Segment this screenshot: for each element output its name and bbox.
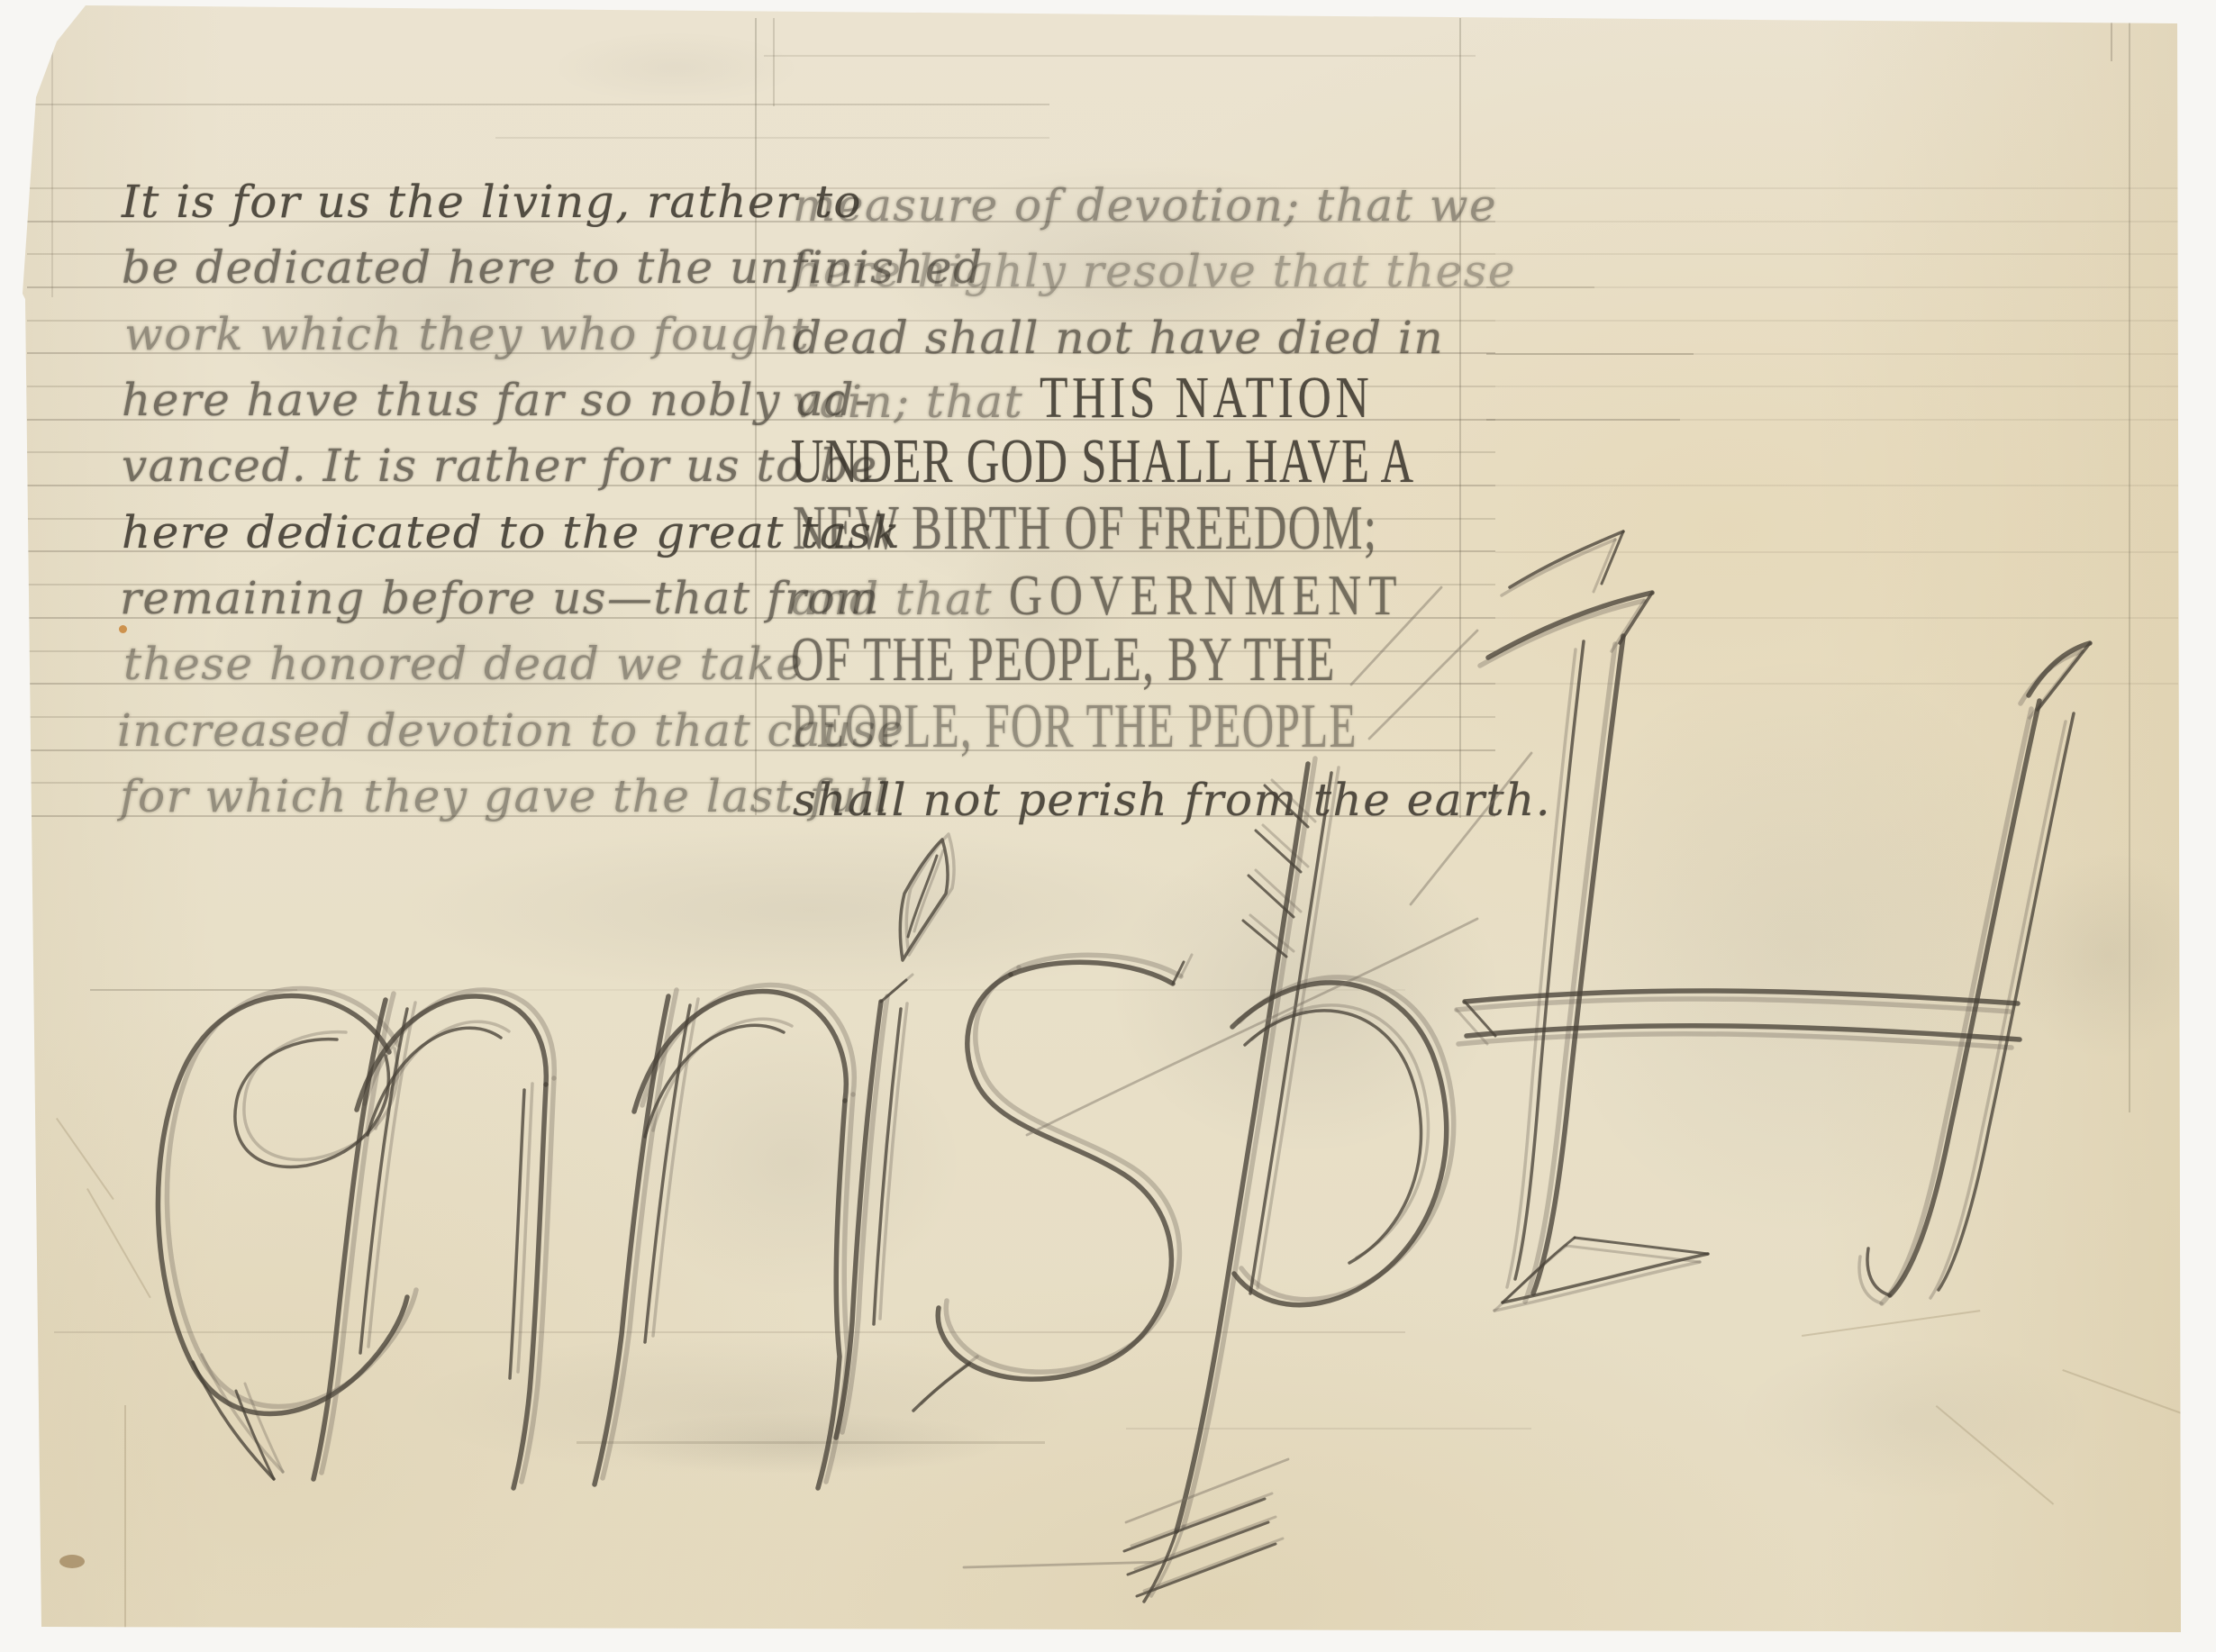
sketch-letter-i: [836, 834, 954, 1438]
paper-sheet: It is for us the living, rather to be de…: [0, 0, 2216, 1652]
sketch-letter-r: [595, 985, 854, 1488]
sketch-letter-H-capital: [1457, 531, 2090, 1311]
sketch-letters-graphic: [0, 0, 2216, 1652]
scan-background: It is for us the living, rather to be de…: [0, 0, 2216, 1652]
sketch-letter-h: [1124, 758, 1454, 1602]
sketch-letter-n: [313, 990, 554, 1488]
scanned-manuscript-page: { "artwork": { "description": "Pencil ca…: [0, 0, 2216, 1652]
sketch-letter-s: [913, 955, 1192, 1411]
